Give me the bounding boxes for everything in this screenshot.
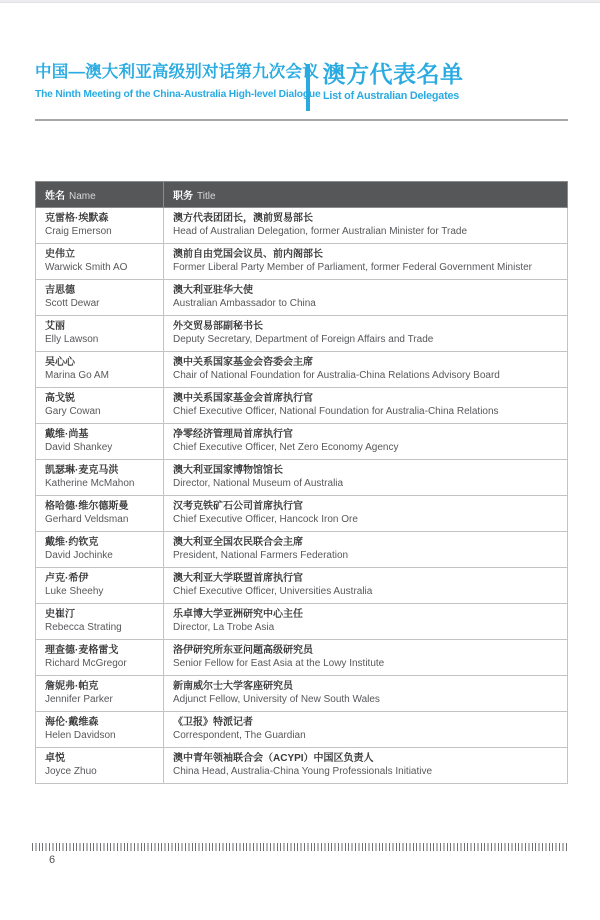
delegate-title-zh: 澳大利亚驻华大使: [173, 284, 559, 297]
delegate-name-en: Luke Sheehy: [45, 585, 155, 598]
delegate-name-zh: 戴维·尚基: [45, 428, 155, 441]
delegate-title-zh: 澳大利亚全国农民联合会主席: [173, 536, 559, 549]
column-header-name-zh: 姓名: [45, 191, 65, 202]
name-cell: 吉思德 Scott Dewar: [36, 280, 164, 316]
title-cell: 外交贸易部副秘书长 Deputy Secretary, Department o…: [164, 316, 568, 352]
delegate-title-en: Deputy Secretary, Department of Foreign …: [173, 333, 559, 346]
delegate-title-zh: 澳大利亚大学联盟首席执行官: [173, 572, 559, 585]
delegate-title-en: Director, National Museum of Australia: [173, 477, 559, 490]
title-cell: 洛伊研究所东亚问题高级研究员 Senior Fellow for East As…: [164, 640, 568, 676]
table-row: 詹妮弗·帕克 Jennifer Parker 新南威尔士大学客座研究员 Adju…: [36, 676, 568, 712]
column-header-title: 职务Title: [164, 182, 568, 208]
delegate-title-en: Senior Fellow for East Asia at the Lowy …: [173, 657, 559, 670]
table-row: 戴维·约钦克 David Jochinke 澳大利亚全国农民联合会主席 Pres…: [36, 532, 568, 568]
delegate-name-zh: 理查德·麦格雷戈: [45, 644, 155, 657]
name-cell: 高戈锐 Gary Cowan: [36, 388, 164, 424]
delegate-title-en: Head of Australian Delegation, former Au…: [173, 225, 559, 238]
title-cell: 澳大利亚国家博物馆馆长 Director, National Museum of…: [164, 460, 568, 496]
delegate-title-zh: 《卫报》特派记者: [173, 716, 559, 729]
name-cell: 吴心心 Marina Go AM: [36, 352, 164, 388]
delegate-name-en: David Shankey: [45, 441, 155, 454]
delegate-title-zh: 澳前自由党国会议员、前内阁部长: [173, 248, 559, 261]
delegate-title-en: Correspondent, The Guardian: [173, 729, 559, 742]
delegate-title-en: Adjunct Fellow, University of New South …: [173, 693, 559, 706]
title-cell: 澳前自由党国会议员、前内阁部长 Former Liberal Party Mem…: [164, 244, 568, 280]
name-cell: 凯瑟琳·麦克马洪 Katherine McMahon: [36, 460, 164, 496]
delegate-name-en: Joyce Zhuo: [45, 765, 155, 778]
delegate-name-en: Rebecca Strating: [45, 621, 155, 634]
delegate-name-en: Gary Cowan: [45, 405, 155, 418]
table-row: 格哈德·维尔德斯曼 Gerhard Veldsman 汉考克铁矿石公司首席执行官…: [36, 496, 568, 532]
delegate-title-zh: 新南威尔士大学客座研究员: [173, 680, 559, 693]
list-title-en: List of Australian Delegates: [323, 90, 461, 102]
delegate-name-zh: 克雷格·埃默森: [45, 212, 155, 225]
delegate-title-zh: 乐卓博大学亚洲研究中心主任: [173, 608, 559, 621]
delegate-name-zh: 艾丽: [45, 320, 155, 333]
name-cell: 理查德·麦格雷戈 Richard McGregor: [36, 640, 164, 676]
document-header: 中国—澳大利亚高级别对话第九次会议 The Ninth Meeting of t…: [35, 62, 570, 111]
delegate-name-en: Warwick Smith AO: [45, 261, 155, 274]
title-cell: 净零经济管理局首席执行官 Chief Executive Officer, Ne…: [164, 424, 568, 460]
name-cell: 卢克·希伊 Luke Sheehy: [36, 568, 164, 604]
name-cell: 卓悦 Joyce Zhuo: [36, 748, 164, 784]
delegate-name-zh: 史伟立: [45, 248, 155, 261]
delegate-name-en: Gerhard Veldsman: [45, 513, 155, 526]
delegate-name-zh: 吉思德: [45, 284, 155, 297]
table-row: 吉思德 Scott Dewar 澳大利亚驻华大使 Australian Amba…: [36, 280, 568, 316]
meeting-title-en: The Ninth Meeting of the China-Australia…: [35, 88, 292, 100]
table-row: 戴维·尚基 David Shankey 净零经济管理局首席执行官 Chief E…: [36, 424, 568, 460]
delegate-title-en: Chair of National Foundation for Austral…: [173, 369, 559, 382]
title-cell: 乐卓博大学亚洲研究中心主任 Director, La Trobe Asia: [164, 604, 568, 640]
delegate-name-en: Richard McGregor: [45, 657, 155, 670]
table-row: 凯瑟琳·麦克马洪 Katherine McMahon 澳大利亚国家博物馆馆长 D…: [36, 460, 568, 496]
delegate-name-zh: 吴心心: [45, 356, 155, 369]
delegate-title-zh: 净零经济管理局首席执行官: [173, 428, 559, 441]
delegate-title-zh: 洛伊研究所东亚问题高级研究员: [173, 644, 559, 657]
header-rule: [35, 119, 568, 121]
delegate-name-en: Marina Go AM: [45, 369, 155, 382]
delegate-name-en: David Jochinke: [45, 549, 155, 562]
delegate-title-en: Australian Ambassador to China: [173, 297, 559, 310]
delegates-table-body: 克雷格·埃默森 Craig Emerson 澳方代表团团长，澳前贸易部长 Hea…: [36, 208, 568, 784]
delegate-title-en: Director, La Trobe Asia: [173, 621, 559, 634]
table-row: 吴心心 Marina Go AM 澳中关系国家基金会咨委会主席 Chair of…: [36, 352, 568, 388]
delegate-name-zh: 卓悦: [45, 752, 155, 765]
meeting-title-zh: 中国—澳大利亚高级别对话第九次会议: [35, 62, 297, 83]
delegate-title-en: Chief Executive Officer, Universities Au…: [173, 585, 559, 598]
delegate-title-zh: 外交贸易部副秘书长: [173, 320, 559, 333]
table-row: 卓悦 Joyce Zhuo 澳中青年领袖联合会（ACYPI）中国区负责人 Chi…: [36, 748, 568, 784]
title-cell: 《卫报》特派记者 Correspondent, The Guardian: [164, 712, 568, 748]
table-row: 艾丽 Elly Lawson 外交贸易部副秘书长 Deputy Secretar…: [36, 316, 568, 352]
delegate-name-zh: 格哈德·维尔德斯曼: [45, 500, 155, 513]
delegate-title-zh: 澳中关系国家基金会咨委会主席: [173, 356, 559, 369]
title-cell: 澳大利亚全国农民联合会主席 President, National Farmer…: [164, 532, 568, 568]
title-cell: 新南威尔士大学客座研究员 Adjunct Fellow, University …: [164, 676, 568, 712]
delegate-name-zh: 詹妮弗·帕克: [45, 680, 155, 693]
delegate-name-en: Jennifer Parker: [45, 693, 155, 706]
title-cell: 澳大利亚大学联盟首席执行官 Chief Executive Officer, U…: [164, 568, 568, 604]
delegate-title-zh: 澳大利亚国家博物馆馆长: [173, 464, 559, 477]
delegate-name-zh: 史崔汀: [45, 608, 155, 621]
column-header-title-zh: 职务: [173, 191, 193, 202]
name-cell: 詹妮弗·帕克 Jennifer Parker: [36, 676, 164, 712]
table-row: 卢克·希伊 Luke Sheehy 澳大利亚大学联盟首席执行官 Chief Ex…: [36, 568, 568, 604]
table-row: 史伟立 Warwick Smith AO 澳前自由党国会议员、前内阁部长 For…: [36, 244, 568, 280]
title-cell: 澳大利亚驻华大使 Australian Ambassador to China: [164, 280, 568, 316]
list-title-zh: 澳方代表名单: [323, 62, 464, 86]
name-cell: 史崔汀 Rebecca Strating: [36, 604, 164, 640]
delegate-title-zh: 汉考克铁矿石公司首席执行官: [173, 500, 559, 513]
meeting-title-block: 中国—澳大利亚高级别对话第九次会议 The Ninth Meeting of t…: [35, 62, 297, 100]
delegate-name-en: Helen Davidson: [45, 729, 155, 742]
delegate-title-en: Chief Executive Officer, Net Zero Econom…: [173, 441, 559, 454]
delegate-title-en: China Head, Australia-China Young Profes…: [173, 765, 559, 778]
delegate-title-en: Chief Executive Officer, National Founda…: [173, 405, 559, 418]
delegate-name-en: Scott Dewar: [45, 297, 155, 310]
name-cell: 戴维·约钦克 David Jochinke: [36, 532, 164, 568]
title-cell: 澳中青年领袖联合会（ACYPI）中国区负责人 China Head, Austr…: [164, 748, 568, 784]
table-row: 史崔汀 Rebecca Strating 乐卓博大学亚洲研究中心主任 Direc…: [36, 604, 568, 640]
delegate-title-en: President, National Farmers Federation: [173, 549, 559, 562]
delegate-title-zh: 澳方代表团团长，澳前贸易部长: [173, 212, 559, 225]
delegate-name-zh: 戴维·约钦克: [45, 536, 155, 549]
delegate-name-zh: 高戈锐: [45, 392, 155, 405]
title-cell: 澳方代表团团长，澳前贸易部长 Head of Australian Delega…: [164, 208, 568, 244]
table-row: 高戈锐 Gary Cowan 澳中关系国家基金会首席执行官 Chief Exec…: [36, 388, 568, 424]
delegate-name-zh: 凯瑟琳·麦克马洪: [45, 464, 155, 477]
name-cell: 史伟立 Warwick Smith AO: [36, 244, 164, 280]
delegates-table: 姓名Name 职务Title 克雷格·埃默森 Craig Emerson 澳方代…: [35, 181, 568, 784]
title-cell: 澳中关系国家基金会咨委会主席 Chair of National Foundat…: [164, 352, 568, 388]
delegate-title-zh: 澳中关系国家基金会首席执行官: [173, 392, 559, 405]
delegate-name-en: Elly Lawson: [45, 333, 155, 346]
table-row: 理查德·麦格雷戈 Richard McGregor 洛伊研究所东亚问题高级研究员…: [36, 640, 568, 676]
name-cell: 海伦·戴维森 Helen Davidson: [36, 712, 164, 748]
tick-strip: [32, 843, 568, 851]
name-cell: 艾丽 Elly Lawson: [36, 316, 164, 352]
name-cell: 克雷格·埃默森 Craig Emerson: [36, 208, 164, 244]
delegate-name-en: Katherine McMahon: [45, 477, 155, 490]
column-header-title-en: Title: [197, 191, 216, 202]
title-cell: 汉考克铁矿石公司首席执行官 Chief Executive Officer, H…: [164, 496, 568, 532]
delegate-name-en: Craig Emerson: [45, 225, 155, 238]
top-edge-strip: [0, 0, 600, 3]
table-header-row: 姓名Name 职务Title: [36, 182, 568, 208]
list-title-block: 澳方代表名单 List of Australian Delegates: [323, 62, 464, 102]
column-header-name: 姓名Name: [36, 182, 164, 208]
delegate-title-en: Former Liberal Party Member of Parliamen…: [173, 261, 559, 274]
delegate-title-zh: 澳中青年领袖联合会（ACYPI）中国区负责人: [173, 752, 559, 765]
page-number: 6: [49, 854, 55, 866]
table-row: 海伦·戴维森 Helen Davidson 《卫报》特派记者 Correspon…: [36, 712, 568, 748]
title-cell: 澳中关系国家基金会首席执行官 Chief Executive Officer, …: [164, 388, 568, 424]
table-row: 克雷格·埃默森 Craig Emerson 澳方代表团团长，澳前贸易部长 Hea…: [36, 208, 568, 244]
delegate-title-en: Chief Executive Officer, Hancock Iron Or…: [173, 513, 559, 526]
name-cell: 戴维·尚基 David Shankey: [36, 424, 164, 460]
name-cell: 格哈德·维尔德斯曼 Gerhard Veldsman: [36, 496, 164, 532]
delegate-name-zh: 海伦·戴维森: [45, 716, 155, 729]
column-header-name-en: Name: [69, 191, 96, 202]
delegate-name-zh: 卢克·希伊: [45, 572, 155, 585]
